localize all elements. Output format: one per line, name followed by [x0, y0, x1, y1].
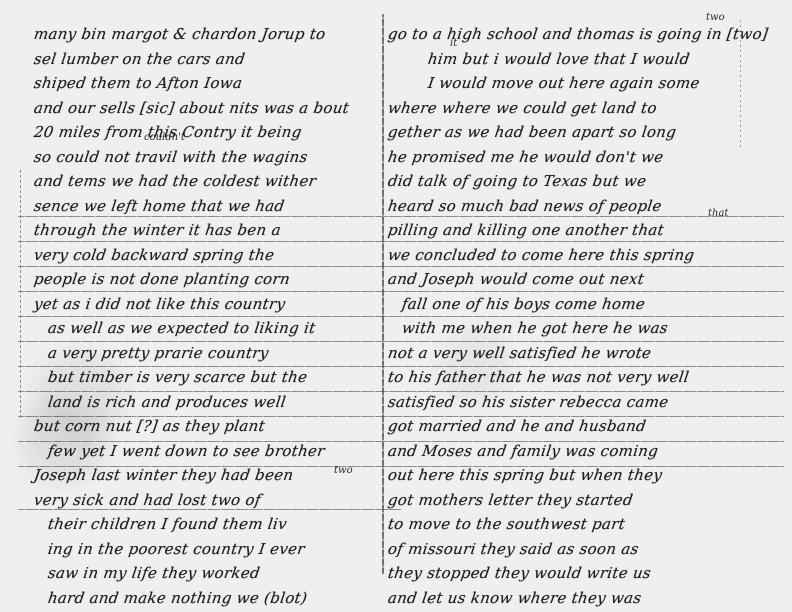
- page-fold-divider: [382, 14, 384, 574]
- text-line: I would move out here again some: [386, 71, 741, 96]
- text-line: few yet I went down to see brother: [32, 439, 375, 464]
- text-line: to his father that he was not very well: [386, 365, 741, 390]
- text-line: as well as we expected to liking it: [32, 316, 375, 341]
- text-line: very sick and had lost two of: [32, 488, 375, 513]
- text-line: and tems we had the coldest wither: [32, 169, 375, 194]
- text-line: very cold backward spring the: [32, 243, 375, 268]
- text-line: with me when he got here he was: [386, 316, 741, 341]
- text-line: to move to the southwest part: [386, 512, 741, 537]
- text-line: of missouri they said as soon as: [386, 537, 741, 562]
- right-column: go to a high school and thomas is going …: [388, 22, 740, 610]
- text-line: but corn nut [?] as they plant: [32, 414, 375, 439]
- text-line: gether as we had been apart so long: [386, 120, 741, 145]
- text-line: got married and he and husband: [386, 414, 741, 439]
- text-line: got mothers letter they started: [386, 488, 741, 513]
- text-line: saw in my life they worked: [32, 561, 375, 586]
- text-line: sel lumber on the cars and: [32, 47, 375, 72]
- interlinear-note: it: [450, 38, 457, 49]
- text-line: people is not done planting corn: [32, 267, 375, 292]
- text-line: him but i would love that I would: [386, 47, 741, 72]
- interlinear-note: two: [706, 12, 725, 23]
- text-line: did talk of going to Texas but we: [386, 169, 741, 194]
- text-line: satisfied so his sister rebecca came: [386, 390, 741, 415]
- scanned-letter-page: many bin margot & chardon Jorup to sel l…: [0, 0, 792, 612]
- text-line: and our sells [sic] about nits was a bou…: [32, 96, 375, 121]
- text-line: go to a high school and thomas is going …: [386, 22, 741, 47]
- text-line: where where we could get land to: [386, 96, 741, 121]
- text-line: land is rich and produces well: [32, 390, 375, 415]
- text-line: and let us know where they was: [386, 586, 741, 611]
- text-line: and Joseph would come out next: [386, 267, 741, 292]
- text-line: ing in the poorest country I ever: [32, 537, 375, 562]
- text-line: through the winter it has ben a: [32, 218, 375, 243]
- text-line: and Moses and family was coming: [386, 439, 741, 464]
- text-line: Joseph last winter they had been: [32, 463, 375, 488]
- text-line: 20 miles from this Contry it being: [32, 120, 375, 145]
- text-line: pilling and killing one another that: [386, 218, 741, 243]
- text-line: their children I found them liv: [32, 512, 375, 537]
- text-line: hard and make nothing we (blot): [32, 586, 375, 611]
- text-line: he promised me he would don't we: [386, 145, 741, 170]
- text-line: a very pretty prarie country: [32, 341, 375, 366]
- text-line: not a very well satisfied he wrote: [386, 341, 741, 366]
- text-line: heard so much bad news of people: [386, 194, 741, 219]
- text-line: they stopped they would write us: [386, 561, 741, 586]
- interlinear-note: couldn't: [144, 132, 185, 143]
- text-line: many bin margot & chardon Jorup to: [32, 22, 375, 47]
- text-line: out here this spring but when they: [386, 463, 741, 488]
- text-line: shiped them to Afton Iowa: [32, 71, 375, 96]
- text-line: yet as i did not like this country: [32, 292, 375, 317]
- interlinear-note: two: [334, 465, 353, 476]
- text-line: we concluded to come here this spring: [386, 243, 741, 268]
- text-line: so could not travil with the wagins: [32, 145, 375, 170]
- text-line: but timber is very scarce but the: [32, 365, 375, 390]
- text-line: fall one of his boys come home: [386, 292, 741, 317]
- page-edge-mark: [20, 170, 21, 420]
- left-column: many bin margot & chardon Jorup to sel l…: [34, 22, 374, 610]
- text-line: sence we left home that we had: [32, 194, 375, 219]
- interlinear-note: that: [708, 208, 728, 219]
